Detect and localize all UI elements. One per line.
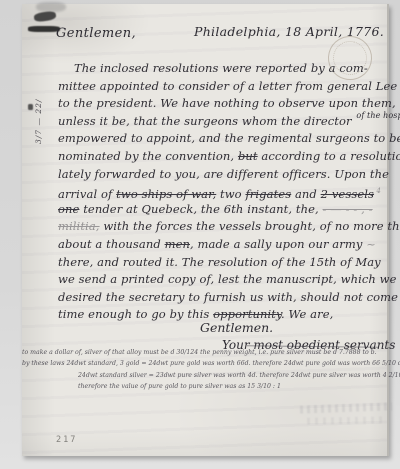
body-text: according to a resolution: [258, 149, 400, 163]
letter-body: The inclosed resolutions were reported b…: [58, 60, 376, 324]
body-text: and: [291, 187, 320, 201]
struck-text: but: [238, 149, 258, 163]
body-text: unless it be, that the surgeons whom the…: [58, 114, 355, 128]
struck-text: - — - - , -: [323, 202, 373, 216]
struck-text: men: [165, 237, 190, 251]
body-line: arrival of two ships of war, two frigate…: [58, 183, 376, 201]
body-text: nominated by the convention,: [58, 149, 238, 163]
body-line: we send a printed copy of, lest the manu…: [58, 271, 376, 289]
interlinear-insertion: of the hospital: [356, 111, 400, 120]
body-text: lately forwarded to you, are different o…: [58, 167, 389, 181]
body-line: one tender at Quebeck, the 6th instant, …: [58, 201, 376, 219]
salutation: Gentlemen,: [56, 26, 136, 41]
marginalia-line: to make a dollar of, silver of that allo…: [22, 347, 390, 358]
marginalia-line: by these laws 24dwt standard, 3 gold = 2…: [22, 358, 390, 369]
marginalia-line: therefore the value of pure gold to pure…: [78, 381, 390, 392]
struck-text: 2 vessels: [321, 187, 374, 201]
body-line: mittee appointed to consider of a letter…: [58, 78, 376, 96]
body-text: there, and routed it. The resolution of …: [58, 255, 381, 269]
body-line: about a thousand men, made a sally upon …: [58, 236, 376, 254]
body-text: The inclosed resolutions were reported b…: [74, 61, 368, 75]
document-paper: 3/7 — 22/ Gentlemen, Philadelphia, 18 Ap…: [22, 4, 389, 456]
body-line: lately forwarded to you, are different o…: [58, 166, 376, 184]
marginalia-line: 24dwt standard silver = 23dwt pure silve…: [78, 370, 390, 381]
body-line: nominated by the convention, but accordi…: [58, 148, 376, 166]
body-line: militia, with the forces the vessels bro…: [58, 218, 376, 236]
marginalia-notes: to make a dollar of, silver of that allo…: [22, 347, 390, 393]
body-text: 4: [374, 187, 381, 195]
body-text: arrival of: [58, 187, 116, 201]
struck-text: two ships of war,: [116, 187, 216, 201]
body-line: there, and routed it. The resolution of …: [58, 254, 376, 272]
body-text: . We are,: [281, 307, 333, 321]
body-line: to the president. We have nothing to obs…: [58, 95, 376, 113]
dateline: Philadelphia, 18 April, 1776.: [194, 24, 384, 39]
body-line: unless it be, that the surgeons whom the…: [58, 113, 376, 131]
bleedthrough-ghost: [300, 402, 392, 413]
margin-vertical-note: 3/7 — 22/: [34, 130, 43, 144]
closing-gentlemen: Gentlemen.: [200, 320, 273, 335]
struck-text: militia,: [58, 219, 100, 233]
bleedthrough-ghost: [307, 416, 387, 424]
body-line: empowered to appoint, and the regimental…: [58, 130, 376, 148]
body-text: , made a sally upon our army: [190, 237, 366, 251]
body-text: tender at Quebeck, the 6th instant, the,: [79, 202, 322, 216]
ink-smudge: [33, 11, 56, 23]
body-text: two: [216, 187, 245, 201]
body-text: about a thousand: [58, 237, 165, 251]
body-text: with the forces the vessels brought, of …: [100, 219, 400, 233]
body-text: time enough to go by this: [58, 307, 213, 321]
scan-background: 3/7 — 22/ Gentlemen, Philadelphia, 18 Ap…: [0, 0, 400, 469]
body-line: desired the secretary to furnish us with…: [58, 289, 376, 307]
body-line: The inclosed resolutions were reported b…: [58, 60, 376, 78]
page-number-stamp: 217: [56, 435, 77, 445]
body-text: empowered to appoint, and the regimental…: [58, 131, 400, 145]
ink-spot: [28, 104, 33, 110]
struck-text: one: [58, 202, 79, 216]
body-text: mittee appointed to consider of a letter…: [58, 79, 397, 93]
body-text: ~: [366, 237, 376, 251]
body-text: desired the secretary to furnish us with…: [58, 290, 398, 304]
body-text: we send a printed copy of, lest the manu…: [58, 272, 397, 286]
struck-text: frigates: [245, 187, 291, 201]
body-text: to the president. We have nothing to obs…: [58, 96, 396, 110]
